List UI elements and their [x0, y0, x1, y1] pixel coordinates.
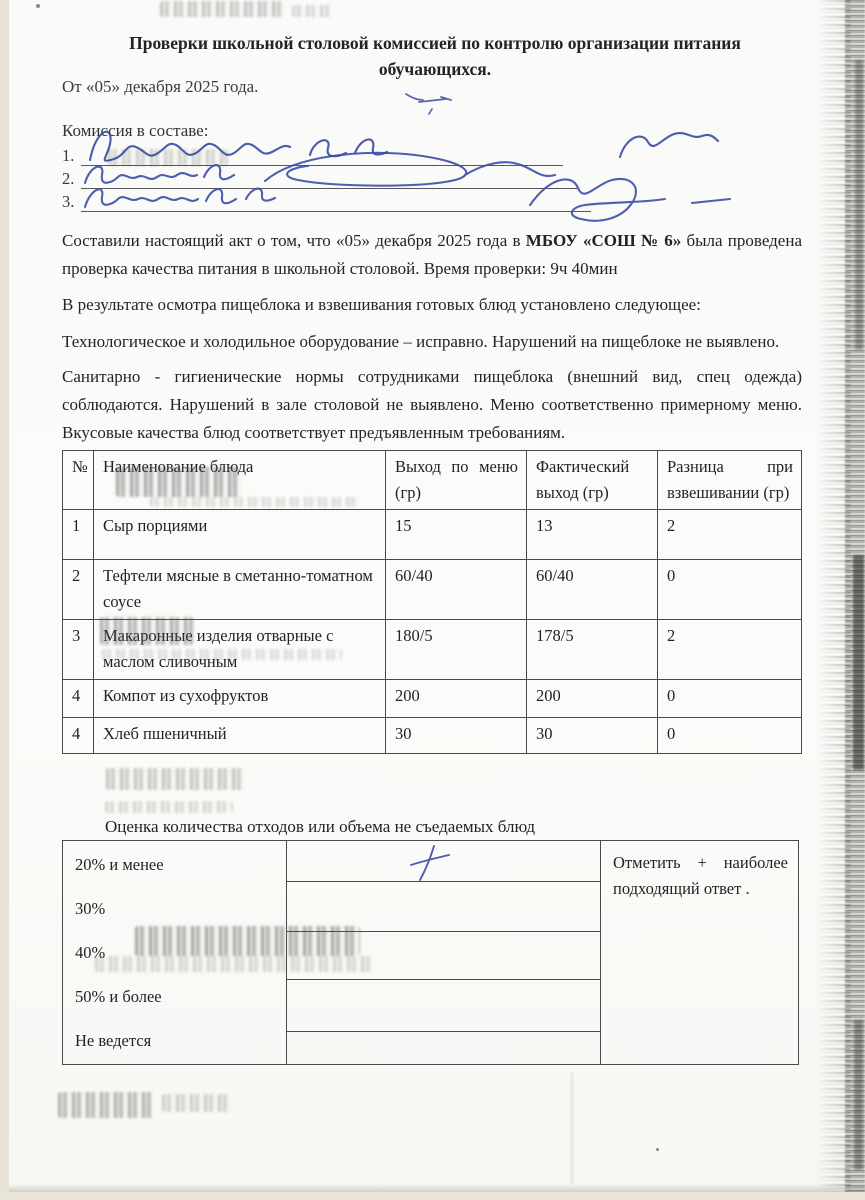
handwritten-signatures: [60, 118, 760, 238]
scanner-bed-left: [0, 0, 9, 1200]
scan-smudge: [58, 1092, 153, 1118]
scan-bottom-shadow: [9, 1184, 865, 1192]
table-row: 1 Сыр порциями 15 13 2: [63, 510, 802, 560]
cell-difference: 0: [658, 560, 802, 620]
mark-cell-2: [287, 882, 600, 932]
mark-cell-1: [287, 841, 600, 882]
date-line: От «05» декабря 2025 года.: [62, 77, 258, 97]
cell-dish: Тефтели мясные в сметанно-томатном соусе: [94, 560, 386, 620]
scan-smudge: [100, 617, 195, 645]
cell-menu-output: 180/5: [386, 620, 527, 680]
waste-option-50: 50% и более: [75, 984, 280, 1010]
cell-difference: 0: [658, 718, 802, 754]
cell-menu-output: 200: [386, 680, 527, 718]
cell-dish: Сыр порциями: [94, 510, 386, 560]
table-row: 4 Хлеб пшеничный 30 30 0: [63, 718, 802, 754]
col-header-num: №: [63, 451, 94, 510]
cell-num: 3: [63, 620, 94, 680]
cell-menu-output: 60/40: [386, 560, 527, 620]
scan-smudge: [160, 1, 285, 17]
title-line-1: Проверки школьной столовой комиссией по …: [60, 30, 810, 56]
cell-num: 4: [63, 680, 94, 718]
waste-section-heading: Оценка количества отходов или объема не …: [105, 817, 535, 837]
table-row: 2 Тефтели мясные в сметанно-томатном соу…: [63, 560, 802, 620]
cell-actual-output: 13: [527, 510, 658, 560]
col-header-difference: Разница при взвешивании (гр): [658, 451, 802, 510]
scan-smudge: [106, 768, 246, 790]
paragraph-sanitary: Санитарно - гигиенические нормы сотрудни…: [62, 363, 802, 447]
waste-note-cell: Отметить + наиболее подходящий ответ .: [601, 841, 799, 1065]
cell-actual-output: 200: [527, 680, 658, 718]
scan-smudge: [116, 467, 242, 497]
waste-option-20: 20% и менее: [75, 852, 280, 878]
scan-smudge: [135, 926, 360, 956]
cell-actual-output: 30: [527, 718, 658, 754]
scan-smudge: [162, 1094, 232, 1112]
cell-num: 1: [63, 510, 94, 560]
cell-dish: Компот из сухофруктов: [94, 680, 386, 718]
scan-speck: [656, 1148, 659, 1151]
document-title: Проверки школьной столовой комиссией по …: [60, 30, 810, 82]
waste-note-text: Отметить + наиболее подходящий ответ .: [601, 841, 798, 902]
cell-num: 2: [63, 560, 94, 620]
mark-cell-5: [287, 1032, 600, 1064]
paragraph-act: Составили настоящий акт о том, что «05» …: [62, 227, 802, 283]
scanner-bed-bottom: [0, 1192, 865, 1200]
cell-num: 4: [63, 718, 94, 754]
col-header-menu-output: Выход по меню (гр): [386, 451, 527, 510]
scanned-document: { "page": { "title_line1": "Проверки шко…: [0, 0, 865, 1200]
scan-smudge: [95, 956, 375, 972]
waste-option-30: 30%: [75, 896, 280, 922]
paragraph-result: В результате осмотра пищеблока и взвешив…: [62, 291, 802, 319]
cell-actual-output: 178/5: [527, 620, 658, 680]
scan-smudge: [108, 149, 228, 166]
school-name: МБОУ «СОШ № 6»: [526, 231, 681, 250]
paragraph-act-text: Составили настоящий акт о том, что «05» …: [62, 231, 526, 250]
cell-difference: 2: [658, 510, 802, 560]
table-row: 4 Компот из сухофруктов 200 200 0: [63, 680, 802, 718]
scan-smudge: [292, 5, 332, 17]
handwritten-plus-mark: [409, 844, 451, 882]
cell-dish: Хлеб пшеничный: [94, 718, 386, 754]
cell-difference: 0: [658, 680, 802, 718]
scan-smudge: [150, 497, 360, 507]
scan-speck: [36, 4, 40, 8]
col-header-actual-output: Фактический выход (гр): [527, 451, 658, 510]
scan-smudge: [105, 801, 233, 813]
cell-difference: 2: [658, 620, 802, 680]
cell-actual-output: 60/40: [527, 560, 658, 620]
waste-option-none: Не ведется: [75, 1028, 280, 1054]
paragraph-equipment: Технологическое и холодильное оборудован…: [62, 328, 802, 356]
mark-cell-4: [287, 980, 600, 1032]
paper-fold-line: [571, 1072, 573, 1184]
cell-menu-output: 30: [386, 718, 527, 754]
pen-scribble-mark: [398, 88, 468, 120]
cell-menu-output: 15: [386, 510, 527, 560]
scan-smudge: [102, 649, 342, 660]
